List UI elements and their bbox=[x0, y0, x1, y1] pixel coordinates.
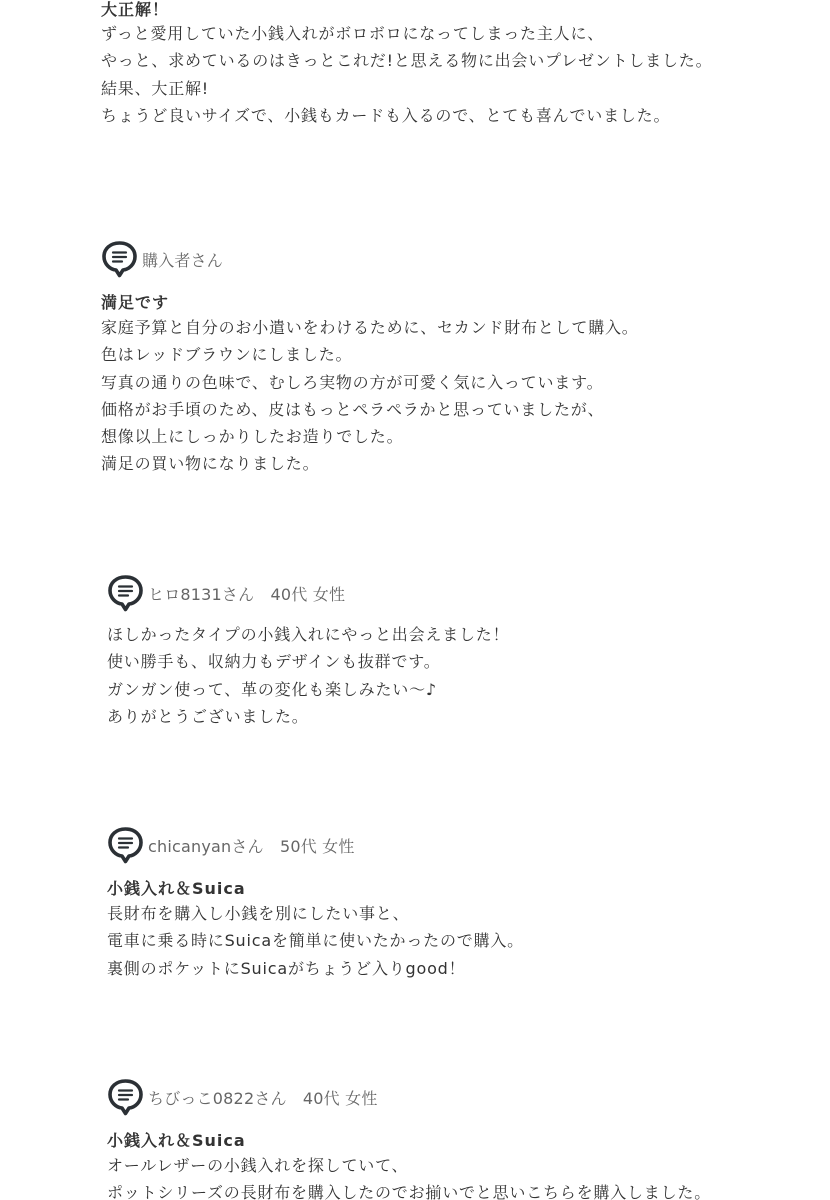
review-line: 写真の通りの色味で、むしろ実物の方が可愛く気に入っています。 bbox=[101, 369, 639, 396]
review-line: ガンガン使って、革の変化も楽しみたい～♪ bbox=[107, 676, 509, 703]
speech-bubble-icon bbox=[101, 240, 138, 278]
speech-bubble-icon bbox=[107, 826, 144, 864]
review-line: やっと、求めているのはきっとこれだ!と思える物に出会いプレゼントしました。 bbox=[101, 47, 712, 74]
review-header: 購入者さん bbox=[101, 239, 223, 279]
review-body: 長財布を購入し小銭を別にしたい事と、 電車に乗る時にSuicaを簡単に使いたかっ… bbox=[107, 900, 524, 982]
speech-bubble-icon bbox=[107, 1078, 144, 1116]
review-line: 長財布を購入し小銭を別にしたい事と、 bbox=[107, 900, 524, 927]
review-line: ポットシリーズの長財布を購入したのでお揃いでと思いこちらを購入しました。 bbox=[107, 1179, 711, 1200]
review-line: 家庭予算と自分のお小遣いをわけるために、セカンド財布として購入。 bbox=[101, 314, 639, 341]
reviewer-name: 購入者さん bbox=[142, 248, 223, 271]
review-line: 色はレッドブラウンにしました。 bbox=[101, 341, 639, 368]
reviewer-name: ヒロ8131さん 40代 女性 bbox=[148, 582, 345, 605]
review-body: ずっと愛用していた小銭入れがボロボロになってしまった主人に、 やっと、求めている… bbox=[101, 20, 712, 129]
review-line: ほしかったタイプの小銭入れにやっと出会えました！ bbox=[107, 621, 509, 648]
review-header: chicanyanさん 50代 女性 bbox=[107, 825, 355, 865]
review-title: 小銭入れ＆Suica bbox=[107, 876, 246, 899]
review-title: 小銭入れ＆Suica bbox=[107, 1128, 246, 1151]
review-header: ちびっこ0822さん 40代 女性 bbox=[107, 1077, 378, 1117]
review-line: オールレザーの小銭入れを探していて、 bbox=[107, 1152, 711, 1179]
review-line: 使い勝手も、収納力もデザインも抜群です。 bbox=[107, 648, 509, 675]
review-line: ちょうど良いサイズで、小銭もカードも入るので、とても喜んでいました。 bbox=[101, 102, 712, 129]
reviewer-name: chicanyanさん 50代 女性 bbox=[148, 834, 355, 857]
review-line: ありがとうございました。 bbox=[107, 703, 509, 730]
review-body: 家庭予算と自分のお小遣いをわけるために、セカンド財布として購入。 色はレッドブラ… bbox=[101, 314, 639, 478]
review-header: ヒロ8131さん 40代 女性 bbox=[107, 573, 345, 613]
review-body: ほしかったタイプの小銭入れにやっと出会えました！ 使い勝手も、収納力もデザインも… bbox=[107, 621, 509, 730]
review-line: 裏側のポケットにSuicaがちょうど入りgood！ bbox=[107, 955, 524, 982]
review-title: 満足です bbox=[101, 290, 169, 313]
review-body: オールレザーの小銭入れを探していて、 ポットシリーズの長財布を購入したのでお揃い… bbox=[107, 1152, 711, 1200]
review-line: ずっと愛用していた小銭入れがボロボロになってしまった主人に、 bbox=[101, 20, 712, 47]
review-line: 電車に乗る時にSuicaを簡単に使いたかったので購入。 bbox=[107, 927, 524, 954]
review-line: 満足の買い物になりました。 bbox=[101, 450, 639, 477]
review-line: 結果、大正解! bbox=[101, 75, 712, 102]
speech-bubble-icon bbox=[107, 574, 144, 612]
reviewer-name: ちびっこ0822さん 40代 女性 bbox=[148, 1086, 378, 1109]
review-line: 想像以上にしっかりしたお造りでした。 bbox=[101, 423, 639, 450]
review-line: 価格がお手頃のため、皮はもっとペラペラかと思っていましたが、 bbox=[101, 396, 639, 423]
review-title: 大正解！ bbox=[101, 0, 169, 20]
